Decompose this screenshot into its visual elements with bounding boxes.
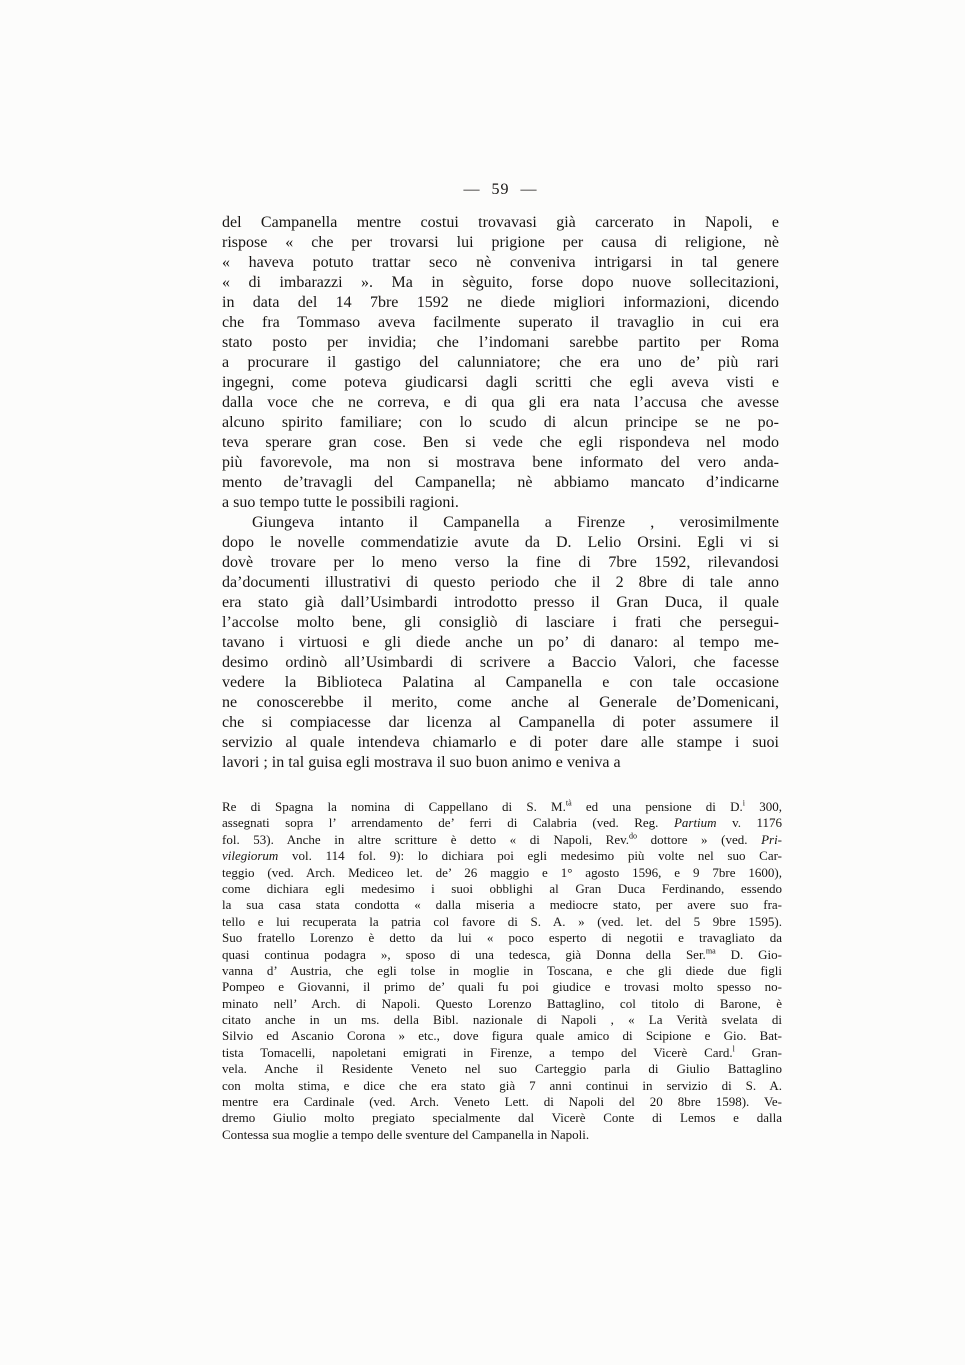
- paragraph: del Campanella mentre costui trovavasi g…: [222, 213, 779, 513]
- text-line: stato posto per invidia; che l’indomani …: [222, 333, 779, 353]
- text-line: l’accolse molto bene, gli consigliò di l…: [222, 613, 779, 633]
- text-line: teva sperare gran cose. Ben si vede che …: [222, 433, 779, 453]
- text-line: vilegiorum vol. 114 fol. 9): lo dichiara…: [222, 848, 782, 864]
- text-line: desimo ordinò all’Usimbardi di scrivere …: [222, 653, 779, 673]
- text-line: dovè trovare per lo meno verso la fine d…: [222, 553, 779, 573]
- text-line: in data del 14 7bre 1592 ne diede miglio…: [222, 293, 779, 313]
- text-line: rispose « che per trovarsi lui prigione …: [222, 233, 779, 253]
- text-line: mentre era Cardinale (ved. Arch. Veneto …: [222, 1094, 782, 1110]
- text-line: dremo Giulio molto pregiato specialmente…: [222, 1110, 782, 1126]
- text-line: quasi continua podagra », sposo di una t…: [222, 947, 782, 963]
- text-line: Giungeva intanto il Campanella a Firenze…: [222, 513, 779, 533]
- text-line: Pompeo e Giovanni, il primo de’ quali fu…: [222, 979, 782, 995]
- text-line: tista Tomacelli, napoletani emigrati in …: [222, 1045, 782, 1061]
- text-line: « haveva potuto trattar seco nè conveniv…: [222, 253, 779, 273]
- text-line: a procurare il gastigo del calunniatore;…: [222, 353, 779, 373]
- text-line: minato nell’ Arch. di Napoli. Questo Lor…: [222, 996, 782, 1012]
- text-line: era stato già dall’Usimbardi introdotto …: [222, 593, 779, 613]
- text-line: Suo fratello Lorenzo è detto da lui « po…: [222, 930, 782, 946]
- text-line: Silvio ed Ascanio Corona » etc., dove fi…: [222, 1028, 782, 1044]
- text-line: la sua casa stata condotta « dalla miser…: [222, 897, 782, 913]
- paragraph: Giungeva intanto il Campanella a Firenze…: [222, 513, 779, 773]
- text-line: Contessa sua moglie a tempo delle sventu…: [222, 1127, 782, 1143]
- book-page: — 59 — del Campanella mentre costui trov…: [0, 0, 965, 1365]
- text-line: lavori ; in tal guisa egli mostrava il s…: [222, 753, 779, 773]
- text-line: Re di Spagna la nomina di Cappellano di …: [222, 799, 782, 815]
- text-line: tavano i virtuosi e gli diede anche un p…: [222, 633, 779, 653]
- text-line: tello e lui recuperata la patria col fav…: [222, 914, 782, 930]
- text-line: mento de’travagli del Campanella; nè abb…: [222, 473, 779, 493]
- footnote-block: Re di Spagna la nomina di Cappellano di …: [222, 799, 782, 1143]
- text-line: alcuno spirito familiare; con lo scudo d…: [222, 413, 779, 433]
- text-line: del Campanella mentre costui trovavasi g…: [222, 213, 779, 233]
- text-line: come dichiara egli medesimo i suoi obbli…: [222, 881, 782, 897]
- text-line: teggio (ved. Arch. Mediceo let. de’ 26 m…: [222, 865, 782, 881]
- text-line: dopo le novelle commendatizie avute da D…: [222, 533, 779, 553]
- text-line: che si compiacesse dar licenza al Campan…: [222, 713, 779, 733]
- text-line: assegnati sopra l’ arrendamento de’ ferr…: [222, 815, 782, 831]
- text-line: con molta stima, e dice che era stato gi…: [222, 1078, 782, 1094]
- text-line: vela. Anche il Residente Veneto nel suo …: [222, 1061, 782, 1077]
- text-line: vanna d’ Austria, che egli tolse in mogl…: [222, 963, 782, 979]
- text-line: « di imbarazzi ». Ma in sèguito, forse d…: [222, 273, 779, 293]
- main-text-block: del Campanella mentre costui trovavasi g…: [222, 213, 779, 773]
- page-number: — 59 —: [222, 181, 779, 199]
- text-line: ingegni, come poteva giudicarsi dagli sc…: [222, 373, 779, 393]
- text-line: citato anche in un ms. della Bibl. nazio…: [222, 1012, 782, 1028]
- text-line: fol. 53). Anche in altre scritture è det…: [222, 832, 782, 848]
- text-line: a suo tempo tutte le possibili ragioni.: [222, 493, 779, 513]
- text-line: che fra Tommaso aveva facilmente superat…: [222, 313, 779, 333]
- text-line: più favorevole, ma non si mostrava bene …: [222, 453, 779, 473]
- text-line: vedere la Biblioteca Palatina al Campane…: [222, 673, 779, 693]
- text-line: servizio al quale intendeva chiamarlo e …: [222, 733, 779, 753]
- text-line: da’documenti illustrativi di questo peri…: [222, 573, 779, 593]
- text-line: ne conoscerebbe il merito, come anche al…: [222, 693, 779, 713]
- text-line: dalla voce che ne correva, e di qua gli …: [222, 393, 779, 413]
